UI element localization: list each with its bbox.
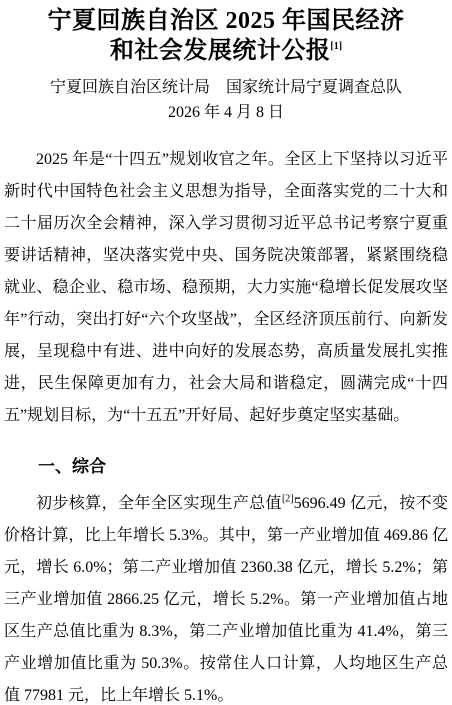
document-title-line-2: 和社会发展统计公报[1] [4,36,448,66]
document-title: 宁夏回族自治区 2025 年国民经济 和社会发展统计公报[1] [4,6,448,66]
statistical-bulletin-document: 宁夏回族自治区 2025 年国民经济 和社会发展统计公报[1] 宁夏回族自治区统… [0,0,452,705]
gdp-statistics-paragraph: 初步核算，全年全区实现生产总值[2]5696.49 亿元，按不变价格计算，比上年… [4,488,448,705]
footnote-marker-1: [1] [330,41,342,52]
intro-paragraph: 2025 年是“十四五”规划收官之年。全区上下坚持以习近平新时代中国特色社会主义… [4,144,448,432]
document-title-line-1: 宁夏回族自治区 2025 年国民经济 [4,6,448,36]
document-title-line-2-text: 和社会发展统计公报 [110,38,331,64]
footnote-marker-2: [2] [282,494,294,505]
section-heading-comprehensive: 一、综合 [4,456,448,478]
publication-date: 2026 年 4 月 8 日 [4,102,448,124]
gdp-text-before-footnote: 初步核算，全年全区实现生产总值 [36,495,282,512]
issuing-agencies-line: 宁夏回族自治区统计局 国家统计局宁夏调查总队 [4,76,448,100]
gdp-text-after-footnote: 5696.49 亿元，按不变价格计算，比上年增长 5.3%。其中，第一产业增加值… [4,495,448,704]
